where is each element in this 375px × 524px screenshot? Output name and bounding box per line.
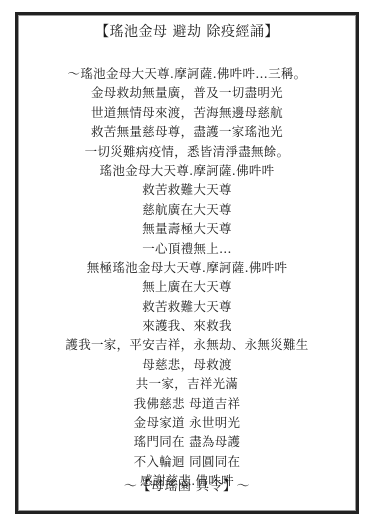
scripture-line: 世道無情母來渡，苦海無邊母慈航 <box>18 103 356 122</box>
scripture-line: 共一家，吉祥光滿 <box>18 374 356 393</box>
scripture-line: 瑤池金母大天尊.摩訶薩.佛吽吽 <box>18 161 356 180</box>
scripture-line: 慈航廣在大天尊 <box>18 200 356 219</box>
scripture-line: ～瑤池金母大天尊.摩訶薩.佛吽吽…三稱。 <box>18 64 356 83</box>
document-frame: 【瑤池金母 避劫 除疫經誦】 ～瑤池金母大天尊.摩訶薩.佛吽吽…三稱。 金母救劫… <box>15 12 359 514</box>
scripture-line: 救苦無量慈母尊，盡護一家瑤池光 <box>18 122 356 141</box>
scripture-line: 金母家道 永世明光 <box>18 413 356 432</box>
scripture-line: 母慈悲，母救渡 <box>18 355 356 374</box>
scripture-line: 一心頂禮無上… <box>18 239 356 258</box>
scripture-line: 金母救劫無量廣，普及一切盡明光 <box>18 83 356 102</box>
scripture-line: 無極瑤池金母大天尊.摩訶薩.佛吽吽 <box>18 258 356 277</box>
scripture-line: 無上廣在大天尊 <box>18 277 356 296</box>
scripture-line: 不入輪迴 同圓同在 <box>18 452 356 471</box>
document-title: 【瑤池金母 避劫 除疫經誦】 <box>18 21 356 41</box>
scripture-line: 護我一家，平安吉祥，永無劫、永無災難生 <box>18 335 356 354</box>
scripture-line: 救苦救難大天尊 <box>18 180 356 199</box>
scripture-line: 一切災難病疫情，悉皆清淨盡無餘。 <box>18 142 356 161</box>
scripture-line: 來護我、來救我 <box>18 316 356 335</box>
scripture-line: 我佛慈悲 母道吉祥 <box>18 394 356 413</box>
scripture-line: 無量壽極大天尊 <box>18 219 356 238</box>
scripture-lines: ～瑤池金母大天尊.摩訶薩.佛吽吽…三稱。 金母救劫無量廣，普及一切盡明光 世道無… <box>18 64 356 491</box>
scripture-line: 瑤門同在 盡為母護 <box>18 432 356 451</box>
scripture-line: 救苦救難大天尊 <box>18 297 356 316</box>
document-footer: ～【母瑤園 具令】～ <box>18 475 356 494</box>
